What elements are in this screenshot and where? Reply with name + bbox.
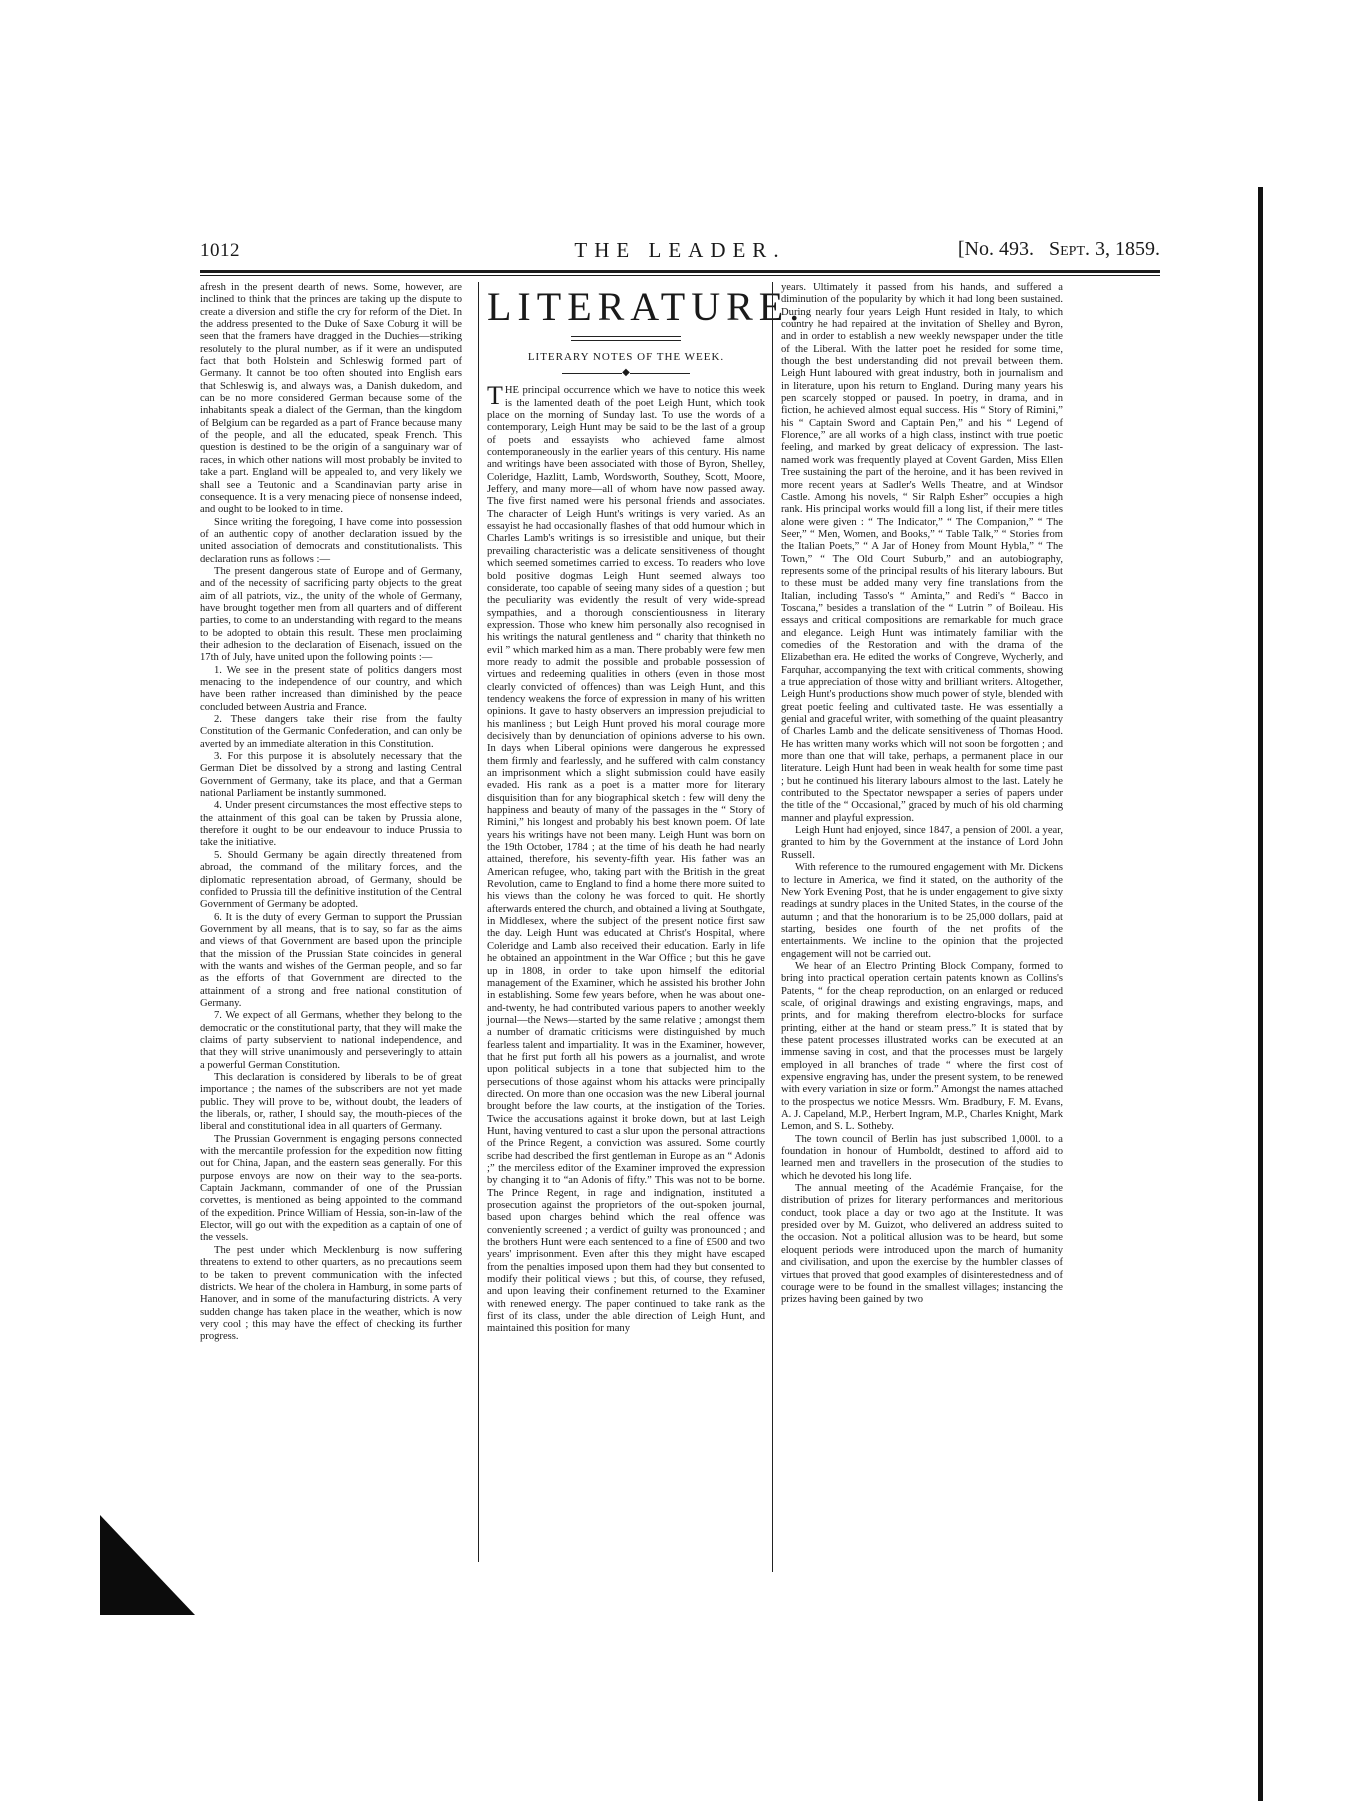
paragraph: We hear of an Electro Printing Block Com…	[781, 961, 1063, 1134]
ornament-rule: ◆	[487, 367, 765, 379]
paragraph: 6. It is the duty of every German to sup…	[200, 912, 462, 1011]
middle-column: LITERATURE. LITERARY NOTES OF THE WEEK. …	[478, 282, 765, 1562]
paragraph: 3. For this purpose it is absolutely nec…	[200, 751, 462, 800]
scan-corner-fold	[100, 1515, 195, 1615]
paragraph: 7. We expect of all Germans, whether the…	[200, 1010, 462, 1072]
paragraph: The annual meeting of the Académie Franç…	[781, 1183, 1063, 1306]
masthead-rule-thin	[200, 275, 1160, 276]
issue-number: [No. 493.	[958, 238, 1034, 260]
masthead-rule-thick	[200, 270, 1160, 273]
paragraph: THE principal occurrence which we have t…	[487, 385, 765, 1335]
paragraph: years. Ultimately it passed from his han…	[781, 282, 1063, 825]
page-edge-shadow	[1258, 187, 1263, 1801]
subheading: LITERARY NOTES OF THE WEEK.	[487, 351, 765, 363]
issue-info: [No. 493. Sept. 3, 1859.	[958, 238, 1160, 261]
left-column: afresh in the present dearth of news. So…	[200, 282, 462, 1344]
right-column: years. Ultimately it passed from his han…	[772, 282, 1063, 1572]
paragraph: 2. These dangers take their rise from th…	[200, 714, 462, 751]
section-heading: LITERATURE.	[487, 284, 765, 330]
paragraph: The present dangerous state of Europe an…	[200, 566, 462, 665]
drop-cap: T	[487, 385, 503, 407]
paragraph: Since writing the foregoing, I have come…	[200, 517, 462, 566]
paragraph: 5. Should Germany be again directly thre…	[200, 850, 462, 912]
issue-date: Sept. 3, 1859.	[1049, 238, 1160, 260]
paragraph: With reference to the rumoured engagemen…	[781, 862, 1063, 961]
paragraph: This declaration is considered by libera…	[200, 1072, 462, 1134]
masthead: 1012 THE LEADER. [No. 493. Sept. 3, 1859…	[200, 238, 1160, 268]
paragraph: 4. Under present circumstances the most …	[200, 800, 462, 849]
paragraph: 1. We see in the present state of politi…	[200, 665, 462, 714]
paragraph: The Prussian Government is engaging pers…	[200, 1134, 462, 1245]
heading-double-rule	[571, 336, 681, 341]
newspaper-page: 1012 THE LEADER. [No. 493. Sept. 3, 1859…	[200, 238, 1160, 282]
paragraph: The pest under which Mecklenburg is now …	[200, 1245, 462, 1344]
paragraph: Leigh Hunt had enjoyed, since 1847, a pe…	[781, 825, 1063, 862]
paragraph: The town council of Berlin has just subs…	[781, 1134, 1063, 1183]
paragraph: afresh in the present dearth of news. So…	[200, 282, 462, 517]
